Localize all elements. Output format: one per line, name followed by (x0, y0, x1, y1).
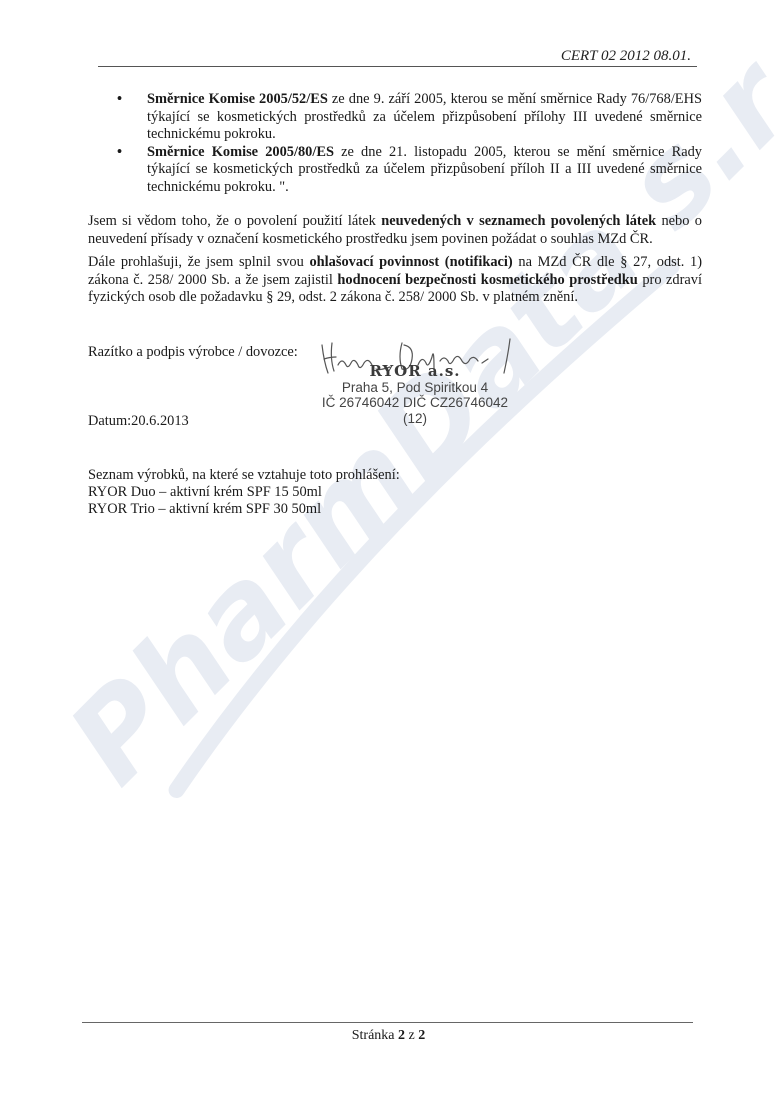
footer-divider (82, 1022, 693, 1023)
stamp-address: Praha 5, Pod Spiritkou 4 (305, 380, 525, 396)
product-item: RYOR Duo – aktivní krém SPF 15 50ml (88, 484, 400, 501)
declaration-paragraph-1: Jsem si vědom toho, že o povolení použit… (88, 213, 702, 248)
document-page: CERT 02 2012 08.01. • Směrnice Komise 20… (0, 0, 777, 1100)
page-prefix: Stránka (352, 1028, 398, 1043)
page-separator: z (405, 1028, 418, 1043)
stamp-number: (12) (305, 411, 525, 427)
directive-list: • Směrnice Komise 2005/52/ES ze dne 9. z… (117, 91, 702, 196)
header-divider (98, 66, 697, 67)
document-reference: CERT 02 2012 08.01. (561, 48, 691, 65)
product-list-heading: Seznam výrobků, na které se vztahuje tot… (88, 467, 400, 484)
text-span: Dále prohlašuji, že jsem splnil svou (88, 254, 309, 270)
bullet-icon: • (117, 91, 122, 109)
page-number: Stránka 2 z 2 (0, 1028, 777, 1044)
text-span: Jsem si vědom toho, že o povolení použit… (88, 213, 381, 229)
directive-title: Směrnice Komise 2005/80/ES (147, 144, 334, 160)
page-total: 2 (418, 1028, 425, 1043)
declaration-paragraph-2: Dále prohlašuji, že jsem splnil svou ohl… (88, 254, 702, 307)
stamp-ids: IČ 26746042 DIČ CZ26746042 (305, 395, 525, 411)
page-current: 2 (398, 1028, 405, 1043)
product-item: RYOR Trio – aktivní krém SPF 30 50ml (88, 501, 400, 518)
stamp-company: RYOR a.s. (305, 364, 525, 380)
emphasis: hodnocení bezpečnosti kosmetického prost… (337, 272, 637, 288)
product-list: Seznam výrobků, na které se vztahuje tot… (88, 467, 400, 518)
signature-label: Razítko a podpis výrobce / dovozce: (88, 344, 298, 361)
bullet-icon: • (117, 144, 122, 162)
emphasis: neuvedených v seznamech povolených látek (381, 213, 656, 229)
directive-item: • Směrnice Komise 2005/52/ES ze dne 9. z… (117, 91, 702, 144)
directive-title: Směrnice Komise 2005/52/ES (147, 91, 328, 107)
date-label: Datum:20.6.2013 (88, 413, 189, 430)
company-stamp: RYOR a.s. Praha 5, Pod Spiritkou 4 IČ 26… (305, 364, 525, 426)
directive-item: • Směrnice Komise 2005/80/ES ze dne 21. … (117, 144, 702, 197)
emphasis: ohlašovací povinnost (notifikaci) (309, 254, 512, 270)
